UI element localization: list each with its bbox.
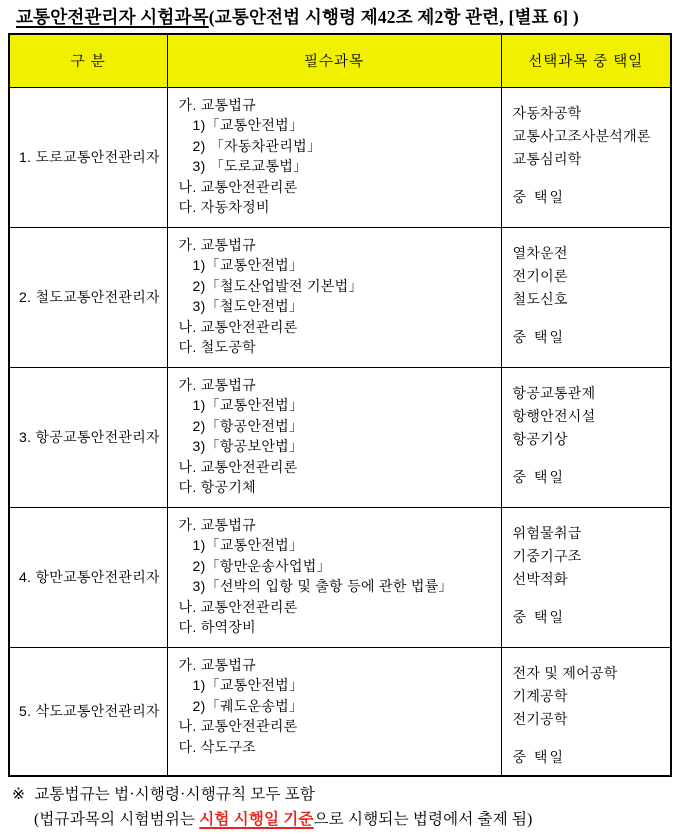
required-subject-line: 나. 교통안전관리론 (179, 177, 497, 198)
category-label: 3. 항공교통안전관리자 (19, 429, 160, 445)
elective-subject-line: 철도신호 (513, 288, 667, 311)
required-subject-line: 가. 교통법규 (179, 95, 497, 116)
required-subject-line: 다. 철도공학 (179, 337, 497, 358)
category-label: 4. 항만교통안전관리자 (19, 569, 160, 585)
required-subject-line: 3) 「도로교통법」 (179, 156, 497, 177)
table-row: 3. 항공교통안전관리자 가. 교통법규1)「교통안전법」2)「항공안전법」3)… (9, 367, 671, 507)
required-subject-line: 가. 교통법규 (179, 235, 497, 256)
elective-subjects-cell: 전자 및 제어공학기계공학전기공학 중 택일 (501, 647, 671, 776)
reference-mark: ※ (12, 786, 25, 803)
elective-subject-line: 위험물취급 (513, 522, 667, 545)
required-subject-line: 3)「항공보안법」 (179, 436, 497, 457)
category-cell: 4. 항만교통안전관리자 (9, 507, 167, 647)
category-cell: 5. 삭도교통안전관리자 (9, 647, 167, 776)
required-subject-line: 3)「선박의 입항 및 출항 등에 관한 법률」 (179, 576, 497, 597)
required-subject-line: 1)「교통안전법」 (179, 255, 497, 276)
category-label: 5. 삭도교통안전관리자 (19, 703, 160, 719)
title-main: 교통안전관리자 시험과목 (16, 7, 209, 27)
required-subject-line: 3)「철도안전법」 (179, 296, 497, 317)
elective-subject-line: 전기이론 (513, 265, 667, 288)
elective-subjects-cell: 열차운전전기이론철도신호 중 택일 (501, 227, 671, 367)
elective-subject-line: 기계공학 (513, 685, 667, 708)
footnote-line2: (법규과목의 시험범위는 시험 시행일 기준으로 시행되는 법령에서 출제 됨) (12, 807, 676, 832)
category-cell: 3. 항공교통안전관리자 (9, 367, 167, 507)
elective-subjects-cell: 위험물취급기중기구조선박적화 중 택일 (501, 507, 671, 647)
footnote-line1-text: 교통법규는 법·시행령·시행규칙 모두 포함 (34, 786, 315, 803)
elective-subject-line: 전자 및 제어공학 (513, 662, 667, 685)
required-subject-line: 다. 삭도구조 (179, 737, 497, 758)
elective-subjects-list: 열차운전전기이론철도신호 (513, 242, 667, 311)
table-header-row: 구 분 필수과목 선택과목 중 택일 (9, 34, 671, 87)
required-subject-line: 나. 교통안전관리론 (179, 716, 497, 737)
page-title: 교통안전관리자 시험과목(교통안전법 시행령 제42조 제2항 관련, [별표 … (16, 4, 676, 29)
exam-subjects-table: 구 분 필수과목 선택과목 중 택일 1. 도로교통안전관리자 가. 교통법규1… (8, 33, 672, 777)
required-subject-line: 다. 자동차정비 (179, 197, 497, 218)
table-row: 2. 철도교통안전관리자 가. 교통법규1)「교통안전법」2)「철도산업발전 기… (9, 227, 671, 367)
required-subject-line: 다. 항공기체 (179, 477, 497, 498)
category-label: 1. 도로교통안전관리자 (19, 149, 160, 165)
elective-subject-line: 교통사고조사분석개론 (513, 125, 667, 148)
required-subjects-cell: 가. 교통법규1)「교통안전법」2)「항공안전법」3)「항공보안법」나. 교통안… (167, 367, 501, 507)
required-subject-line: 가. 교통법규 (179, 375, 497, 396)
document-page: 교통안전관리자 시험과목(교통안전법 시행령 제42조 제2항 관련, [별표 … (0, 0, 676, 834)
required-subjects-cell: 가. 교통법규1)「교통안전법」2) 「자동차관리법」3) 「도로교통법」나. … (167, 87, 501, 227)
required-subject-line: 2)「철도산업발전 기본법」 (179, 276, 497, 297)
elective-subject-line: 선박적화 (513, 568, 667, 591)
required-subject-line: 나. 교통안전관리론 (179, 317, 497, 338)
required-subject-line: 가. 교통법규 (179, 655, 497, 676)
required-subject-line: 가. 교통법규 (179, 515, 497, 536)
required-subjects-cell: 가. 교통법규1)「교통안전법」2)「궤도운송법」나. 교통안전관리론다. 삭도… (167, 647, 501, 776)
required-subjects-list: 가. 교통법규1)「교통안전법」2) 「자동차관리법」3) 「도로교통법」나. … (179, 95, 497, 218)
title-reference: (교통안전법 시행령 제42조 제2항 관련, [별표 6] ) (209, 7, 579, 27)
required-subjects-list: 가. 교통법규1)「교통안전법」2)「철도산업발전 기본법」3)「철도안전법」나… (179, 235, 497, 358)
choose-one-label: 중 택일 (513, 186, 667, 209)
category-label: 2. 철도교통안전관리자 (19, 289, 160, 305)
choose-one-label: 중 택일 (513, 326, 667, 349)
required-subjects-list: 가. 교통법규1)「교통안전법」2)「항공안전법」3)「항공보안법」나. 교통안… (179, 375, 497, 498)
footnote: ※교통법규는 법·시행령·시행규칙 모두 포함 (법규과목의 시험범위는 시험 … (12, 782, 676, 832)
elective-subjects-list: 위험물취급기중기구조선박적화 (513, 522, 667, 591)
elective-subjects-list: 자동차공학교통사고조사분석개론교통심리학 (513, 102, 667, 171)
required-subjects-cell: 가. 교통법규1)「교통안전법」2)「항만운송사업법」3)「선박의 입항 및 출… (167, 507, 501, 647)
footnote-line1: ※교통법규는 법·시행령·시행규칙 모두 포함 (12, 782, 676, 807)
elective-subjects-list: 전자 및 제어공학기계공학전기공학 (513, 662, 667, 731)
table-row: 5. 삭도교통안전관리자 가. 교통법규1)「교통안전법」2)「궤도운송법」나.… (9, 647, 671, 776)
elective-subject-line: 항행안전시설 (513, 405, 667, 428)
table-row: 1. 도로교통안전관리자 가. 교통법규1)「교통안전법」2) 「자동차관리법」… (9, 87, 671, 227)
elective-subject-line: 전기공학 (513, 708, 667, 731)
required-subject-line: 1)「교통안전법」 (179, 115, 497, 136)
required-subject-line: 1)「교통안전법」 (179, 675, 497, 696)
footnote-line2-prefix: (법규과목의 시험범위는 (34, 811, 199, 828)
choose-one-label: 중 택일 (513, 746, 667, 769)
header-required-subjects: 필수과목 (167, 34, 501, 87)
elective-subject-line: 열차운전 (513, 242, 667, 265)
elective-subject-line: 자동차공학 (513, 102, 667, 125)
choose-one-label: 중 택일 (513, 606, 667, 629)
elective-subject-line: 항공기상 (513, 428, 667, 451)
header-category: 구 분 (9, 34, 167, 87)
required-subject-line: 2) 「자동차관리법」 (179, 136, 497, 157)
category-cell: 2. 철도교통안전관리자 (9, 227, 167, 367)
elective-subjects-cell: 자동차공학교통사고조사분석개론교통심리학 중 택일 (501, 87, 671, 227)
elective-subjects-list: 항공교통관제항행안전시설항공기상 (513, 382, 667, 451)
required-subject-line: 2)「항공안전법」 (179, 416, 497, 437)
required-subject-line: 1)「교통안전법」 (179, 535, 497, 556)
required-subject-line: 2)「궤도운송법」 (179, 696, 497, 717)
category-cell: 1. 도로교통안전관리자 (9, 87, 167, 227)
required-subject-line: 다. 하역장비 (179, 617, 497, 638)
elective-subject-line: 기중기구조 (513, 545, 667, 568)
elective-subject-line: 항공교통관제 (513, 382, 667, 405)
choose-one-label: 중 택일 (513, 466, 667, 489)
required-subject-line: 1)「교통안전법」 (179, 395, 497, 416)
footnote-line2-suffix: 으로 시행되는 법령에서 출제 됨) (314, 811, 533, 828)
required-subject-line: 나. 교통안전관리론 (179, 457, 497, 478)
table-row: 4. 항만교통안전관리자 가. 교통법규1)「교통안전법」2)「항만운송사업법」… (9, 507, 671, 647)
required-subjects-cell: 가. 교통법규1)「교통안전법」2)「철도산업발전 기본법」3)「철도안전법」나… (167, 227, 501, 367)
required-subjects-list: 가. 교통법규1)「교통안전법」2)「항만운송사업법」3)「선박의 입항 및 출… (179, 515, 497, 638)
elective-subjects-cell: 항공교통관제항행안전시설항공기상 중 택일 (501, 367, 671, 507)
elective-subject-line: 교통심리학 (513, 148, 667, 171)
required-subject-line: 나. 교통안전관리론 (179, 597, 497, 618)
required-subjects-list: 가. 교통법규1)「교통안전법」2)「궤도운송법」나. 교통안전관리론다. 삭도… (179, 655, 497, 758)
header-elective-subjects: 선택과목 중 택일 (501, 34, 671, 87)
footnote-highlight: 시험 시행일 기준 (199, 811, 313, 828)
required-subject-line: 2)「항만운송사업법」 (179, 556, 497, 577)
